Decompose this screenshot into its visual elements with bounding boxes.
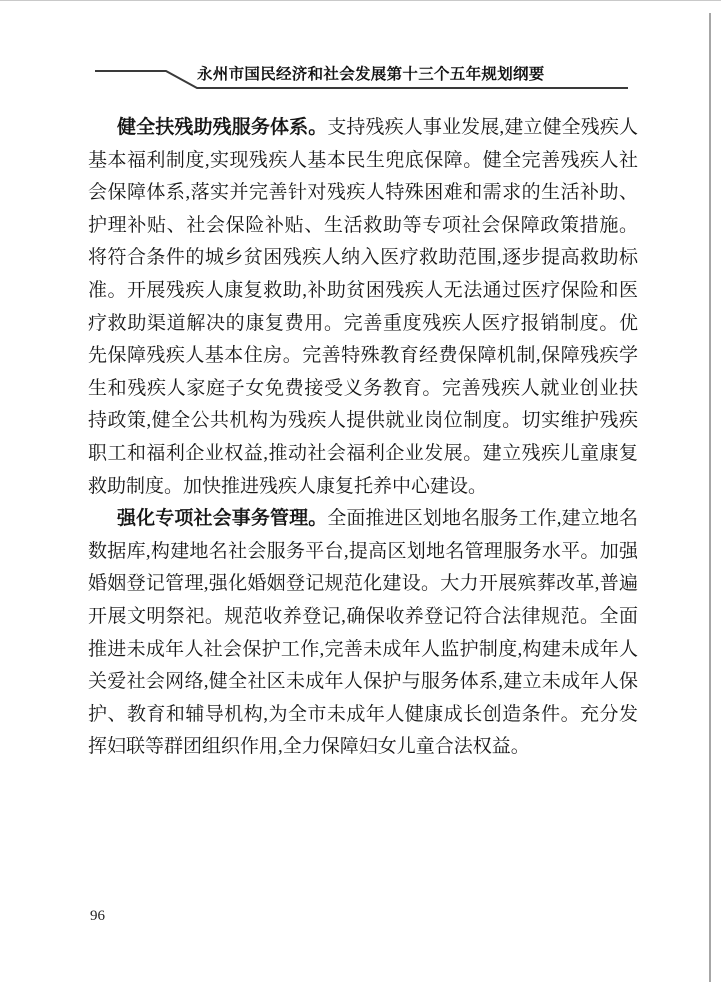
paragraph-lead: 强化专项社会事务管理。 <box>117 508 327 529</box>
page-number: 96 <box>90 908 105 925</box>
document-page: 永州市国民经济和社会发展第十三个五年规划纲要 健全扶残助残服务体系。支持残疾人事… <box>0 0 721 1005</box>
paragraph: 强化专项社会事务管理。全面推进区划地名服务工作,建立地名数据库,构建地名社会服务… <box>88 503 638 764</box>
paragraph-lead: 健全扶残助残服务体系。 <box>117 117 327 138</box>
page-header-title: 永州市国民经济和社会发展第十三个五年规划纲要 <box>197 62 537 84</box>
header-rule <box>0 0 721 100</box>
paragraph-text: 全面推进区划地名服务工作,建立地名数据库,构建地名社会服务平台,提高区划地名管理… <box>88 508 638 757</box>
document-body: 健全扶残助残服务体系。支持残疾人事业发展,建立健全残疾人基本福利制度,实现残疾人… <box>88 112 638 764</box>
scan-edge-right-line <box>709 13 711 982</box>
paragraph-text: 支持残疾人事业发展,建立健全残疾人基本福利制度,实现残疾人基本民生兜底保障。健全… <box>88 117 638 497</box>
paragraph: 健全扶残助残服务体系。支持残疾人事业发展,建立健全残疾人基本福利制度,实现残疾人… <box>88 112 638 503</box>
